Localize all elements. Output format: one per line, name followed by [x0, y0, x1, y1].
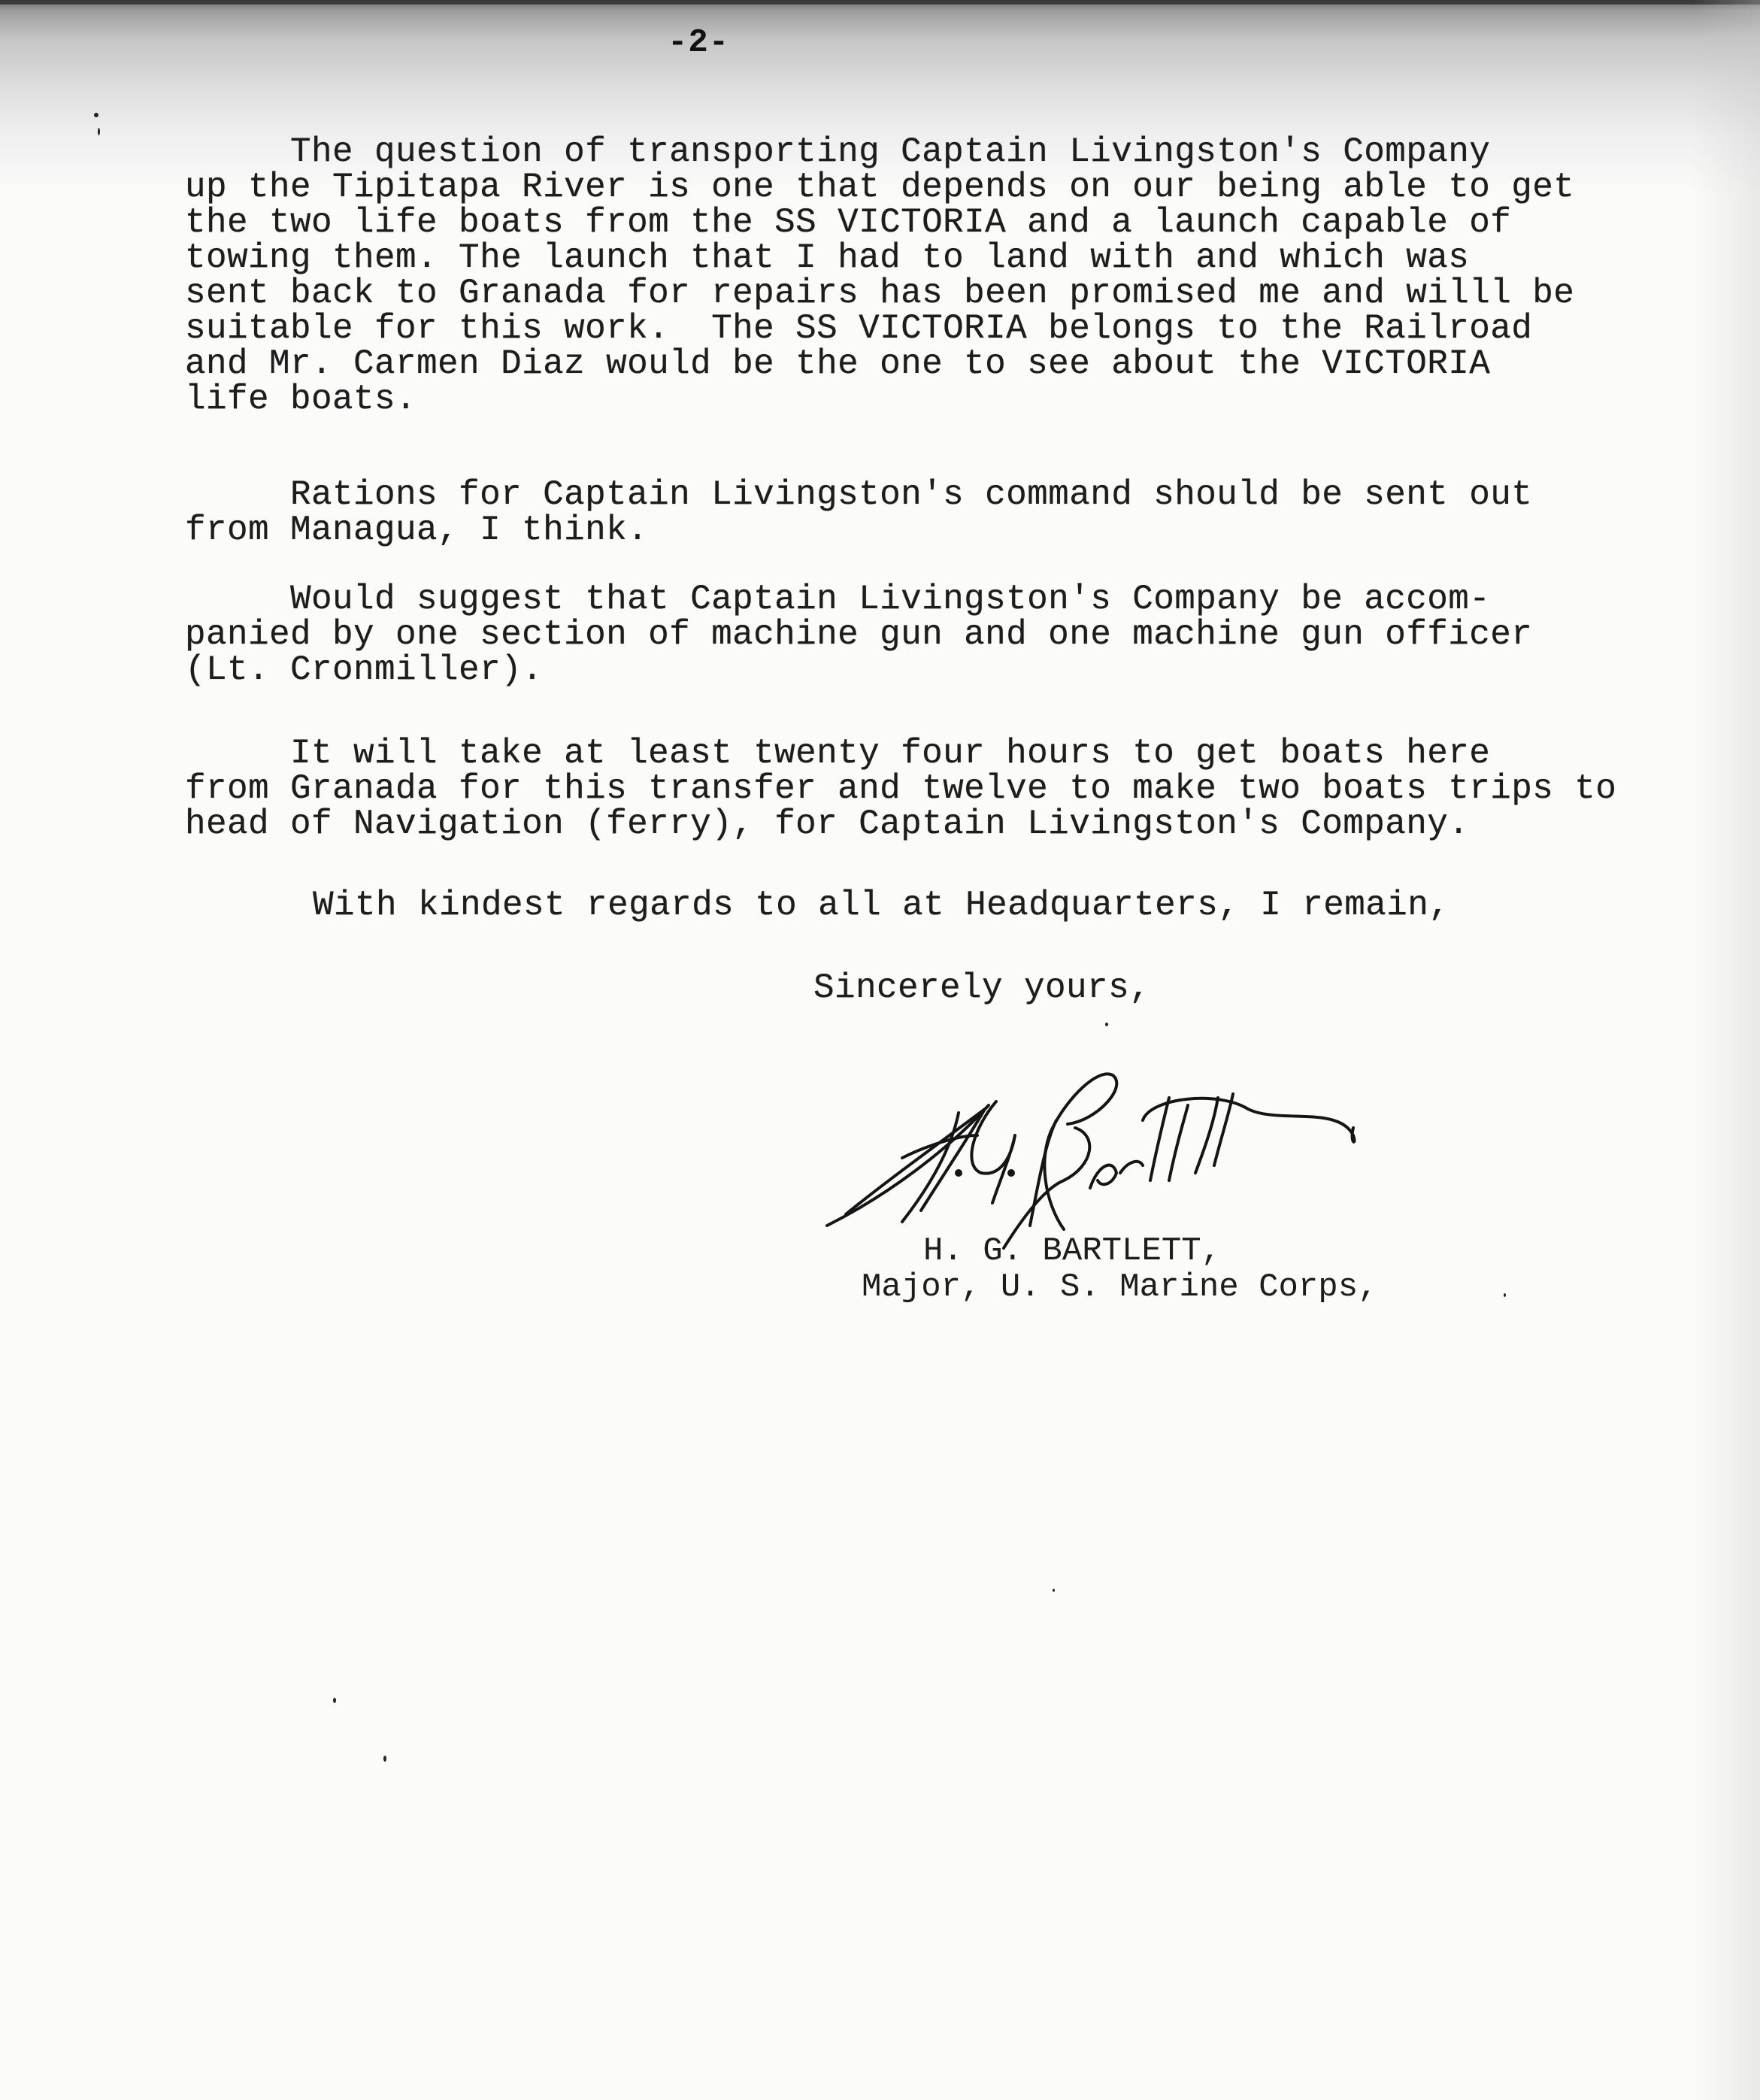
- closing-line: With kindest regards to all at Headquart…: [313, 887, 1450, 923]
- scan-top-edge: [0, 0, 1760, 5]
- text-line: Would suggest that Captain Livingston's …: [185, 581, 1490, 617]
- scan-speck: [383, 1756, 386, 1762]
- signer-title: Major, U. S. Marine Corps,: [862, 1269, 1378, 1305]
- text-line: It will take at least twenty four hours …: [185, 735, 1490, 771]
- scan-speck: [1053, 1589, 1055, 1592]
- text-line: and Mr. Carmen Diaz would be the one to …: [185, 346, 1490, 382]
- text-line: Rations for Captain Livingston's command…: [185, 477, 1532, 513]
- scan-speck: [98, 128, 100, 135]
- text-line: life boats.: [185, 381, 417, 417]
- scan-speck: [333, 1698, 336, 1703]
- text-line: (Lt. Cronmiller).: [185, 652, 543, 688]
- text-line: head of Navigation (ferry), for Captain …: [185, 806, 1469, 842]
- page-number: -2-: [668, 24, 729, 62]
- scan-speck: [1504, 1293, 1506, 1297]
- scan-speck: [94, 113, 98, 117]
- text-line: from Granada for this transfer and twelv…: [185, 771, 1616, 807]
- scan-shadow-right: [1692, 0, 1760, 2100]
- text-line: panied by one section of machine gun and…: [185, 617, 1532, 653]
- text-line: suitable for this work. The SS VICTORIA …: [185, 311, 1532, 347]
- valediction: Sincerely yours,: [813, 970, 1150, 1006]
- text-line: the two life boats from the SS VICTORIA …: [185, 205, 1511, 241]
- scan-speck: [1105, 1023, 1108, 1026]
- typed-name: H. G. BARTLETT,: [923, 1233, 1221, 1269]
- text-line: up the Tipitapa River is one that depend…: [185, 169, 1574, 205]
- text-line: towing them. The launch that I had to la…: [185, 240, 1469, 276]
- text-line: The question of transporting Captain Liv…: [185, 134, 1490, 170]
- text-line: sent back to Granada for repairs has bee…: [185, 275, 1574, 311]
- text-line: from Managua, I think.: [185, 512, 648, 548]
